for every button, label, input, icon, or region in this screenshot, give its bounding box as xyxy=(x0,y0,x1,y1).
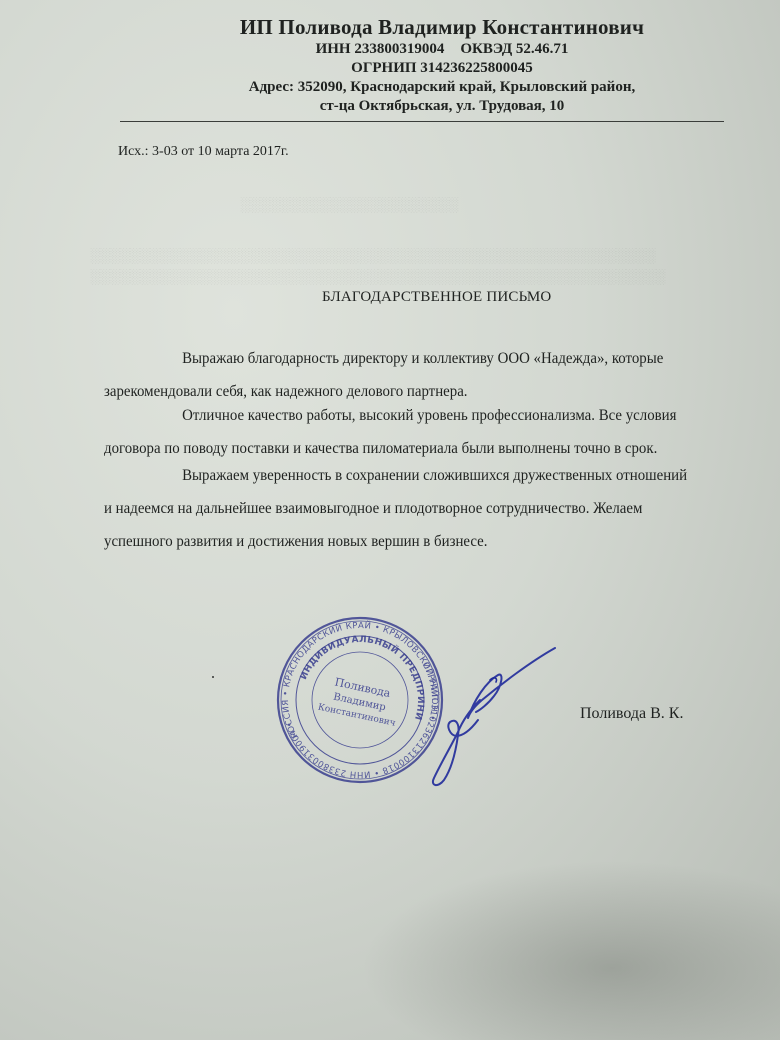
inn: ИНН 233800319004 xyxy=(316,41,445,57)
bleed-through-text: ░░░░░░░░░░░░░░░░░░░░░░ ░░░░░░░░░░░░░░░░░… xyxy=(90,195,760,288)
outgoing-reference: Исх.: 3-03 от 10 марта 2017г. xyxy=(118,144,289,160)
photo-shadow xyxy=(360,860,780,1040)
company-name: ИП Поливода Владимир Константинович xyxy=(160,14,724,40)
address-line-1: Адрес: 352090, Краснодарский край, Крыло… xyxy=(160,78,724,97)
signature-icon xyxy=(420,640,560,790)
signer-name: Поливода В. К. xyxy=(580,705,683,723)
paragraph-3-line-2: и надеемся на дальнейшее взаимовыгодное … xyxy=(104,492,733,525)
okved: ОКВЭД 52.46.71 xyxy=(460,41,568,57)
paragraph-2: Отличное качество работы, высокий уровен… xyxy=(104,399,733,465)
paragraph-2-line-1: Отличное качество работы, высокий уровен… xyxy=(104,399,733,432)
letterhead: ИП Поливода Владимир Константинович ИНН … xyxy=(120,14,724,116)
ogrnip: ОГРНИП 314236225800045 xyxy=(160,59,724,78)
stray-dot xyxy=(212,676,214,678)
paragraph-1-line-1: Выражаю благодарность директору и коллек… xyxy=(104,342,733,375)
inn-okved-row: ИНН 233800319004ОКВЭД 52.46.71 xyxy=(160,40,724,59)
header-divider xyxy=(120,121,724,122)
address-line-2: ст-ца Октябрьская, ул. Трудовая, 10 xyxy=(160,97,724,116)
paragraph-3-line-3: успешного развития и достижения новых ве… xyxy=(104,525,733,558)
paragraph-3: Выражаем уверенность в сохранении сложив… xyxy=(104,459,733,558)
letter-title: БЛАГОДАРСТВЕННОЕ ПИСЬМО xyxy=(322,289,551,306)
paragraph-3-line-1: Выражаем уверенность в сохранении сложив… xyxy=(104,459,733,492)
